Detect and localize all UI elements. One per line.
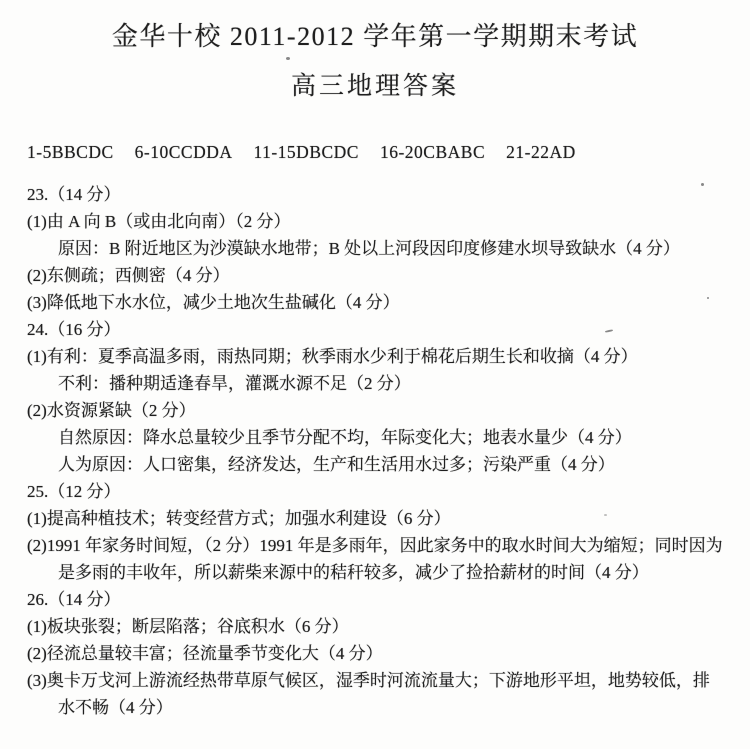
section-question-23: 23.（14 分） (1)由 A 向 B（或由北向南）（2 分） 原因：B 附近…	[27, 181, 724, 316]
scan-content: 金华十校 2011-2012 学年第一学期期末考试 高三地理答案 1-5BBCD…	[0, 0, 750, 749]
scanned-document-page: 金华十校 2011-2012 学年第一学期期末考试 高三地理答案 1-5BBCD…	[0, 0, 750, 749]
answer-line: (2)1991 年家务时间短，（2 分）1991 年是多雨年，因此家务中的取水时…	[27, 532, 724, 586]
answer-line: 自然原因：降水总量较少且季节分配不均，年际变化大；地表水量少（4 分）	[58, 424, 724, 451]
answer-line: 不利：播种期适逢春旱，灌溉水源不足（2 分）	[58, 370, 724, 397]
answer-line: (1)提高种植技术；转变经营方式；加强水利建设（6 分）	[27, 505, 724, 532]
answer-key-q11-15: 11-15DBCDC	[254, 142, 359, 163]
document-title: 金华十校 2011-2012 学年第一学期期末考试	[0, 0, 750, 53]
answer-key-q1-5: 1-5BBCDC	[27, 142, 114, 163]
section-question-25: 25.（12 分） (1)提高种植技术；转变经营方式；加强水利建设（6 分） (…	[27, 478, 724, 586]
scan-speck	[701, 183, 704, 186]
answer-line: (1)有利：夏季高温多雨，雨热同期；秋季雨水少利于棉花后期生长和收摘（4 分）	[27, 343, 724, 370]
answer-line: (3)奥卡万戈河上游流经热带草原气候区，湿季时河流流量大；下游地形平坦，地势较低…	[27, 667, 724, 721]
answer-key-q6-10: 6-10CCDDA	[135, 142, 233, 163]
answer-key-q16-20: 16-20CBABC	[380, 142, 485, 163]
answer-line: (3)降低地下水水位，减少土地次生盐碱化（4 分）	[27, 289, 724, 316]
scan-speck	[286, 57, 290, 60]
document-subtitle: 高三地理答案	[0, 66, 750, 102]
question-heading: 25.（12 分）	[27, 478, 724, 505]
scan-speck	[707, 297, 709, 299]
question-heading: 26.（14 分）	[27, 586, 724, 613]
answer-line: 原因：B 附近地区为沙漠缺水地带；B 处以上河段因印度修建水坝导致缺水（4 分）	[58, 235, 724, 262]
answer-key-q21-22: 21-22AD	[506, 142, 576, 163]
scan-speck	[604, 514, 607, 516]
section-question-24: 24.（16 分） (1)有利：夏季高温多雨，雨热同期；秋季雨水少利于棉花后期生…	[27, 316, 724, 478]
question-heading: 24.（16 分）	[27, 316, 724, 343]
answer-line: (1)由 A 向 B（或由北向南）（2 分）	[27, 208, 724, 235]
multiple-choice-answer-key: 1-5BBCDC 6-10CCDDA 11-15DBCDC 16-20CBABC…	[27, 142, 750, 163]
answers-body: 23.（14 分） (1)由 A 向 B（或由北向南）（2 分） 原因：B 附近…	[27, 181, 724, 721]
answer-line: (2)径流总量较丰富；径流量季节变化大（4 分）	[27, 640, 724, 667]
question-heading: 23.（14 分）	[27, 181, 724, 208]
answer-line: 人为原因：人口密集，经济发达，生产和生活用水过多；污染严重（4 分）	[58, 451, 724, 478]
answer-line: (1)板块张裂；断层陷落；谷底积水（6 分）	[27, 613, 724, 640]
answer-line: (2)水资源紧缺（2 分）	[27, 397, 724, 424]
answer-line: (2)东侧疏；西侧密（4 分）	[27, 262, 724, 289]
section-question-26: 26.（14 分） (1)板块张裂；断层陷落；谷底积水（6 分） (2)径流总量…	[27, 586, 724, 721]
